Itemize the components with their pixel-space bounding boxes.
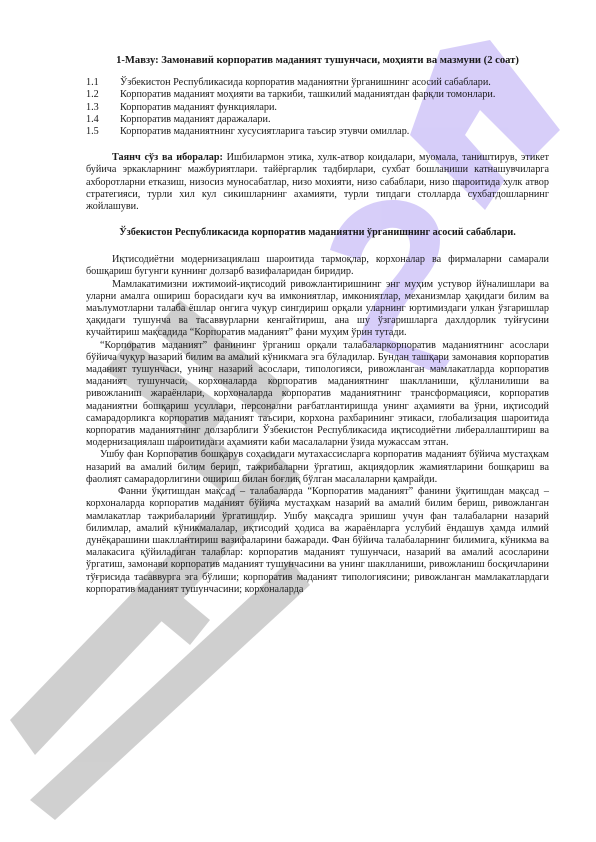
outline-text: Корпоратив маданиятнинг хусусиятларига т…	[120, 126, 549, 138]
document-page: 1-Мавзу: Замонавий корпоратив маданият т…	[86, 55, 549, 596]
outline-item-1-3: 1.3Корпоратив маданият функциялари.	[86, 102, 549, 114]
document-title: 1-Мавзу: Замонавий корпоратив маданият т…	[86, 55, 549, 67]
outline-item-1-2: 1.2Корпоратив маданият моҳияти ва таркиб…	[86, 89, 549, 101]
outline-number: 1.3	[86, 102, 120, 114]
body-paragraph-5: Фанни ўқитишдан мақсад – талабаларда “Ко…	[86, 486, 549, 596]
body-paragraph-4: Ушбу фан Корпоратив бошқарув соҳасидаги …	[86, 449, 549, 486]
outline-item-1-4: 1.4Корпоратив маданият даражалари.	[86, 114, 549, 126]
outline-item-1-5: 1.5Корпоратив маданиятнинг хусусиятлариг…	[86, 126, 549, 138]
outline-text: Ўзбекистон Республикасида корпоратив мад…	[120, 77, 491, 88]
topic-outline: 1.1Ўзбекистон Республикасида корпоратив …	[86, 77, 549, 138]
outline-text: Корпоратив маданият функциялари.	[120, 102, 549, 114]
outline-number: 1.2	[86, 89, 120, 101]
body-paragraph-2: Мамлакатимизни ижтимоий-иқтисодий ривожл…	[86, 279, 549, 340]
outline-text: Корпоратив маданият даражалари.	[120, 114, 549, 126]
body-paragraph-1: Иқтисодиётни модернизациялаш шароитида т…	[86, 254, 549, 278]
keywords-label: Таянч сўз ва иборалар:	[112, 152, 223, 163]
outline-number: 1.5	[86, 126, 120, 138]
keywords-paragraph: Таянч сўз ва иборалар: Ишбилармон этика,…	[86, 152, 549, 213]
outline-item-1-1: 1.1Ўзбекистон Республикасида корпоратив …	[86, 77, 549, 89]
outline-number: 1.4	[86, 114, 120, 126]
outline-number: 1.1	[86, 77, 120, 89]
outline-text: Корпоратив маданият моҳияти ва таркиби, …	[120, 89, 495, 100]
section-heading: Ўзбекистон Республикасида корпоратив мад…	[86, 225, 549, 241]
body-paragraph-3: “Корпоратив маданият” фанининг ўрганиш о…	[86, 340, 549, 450]
